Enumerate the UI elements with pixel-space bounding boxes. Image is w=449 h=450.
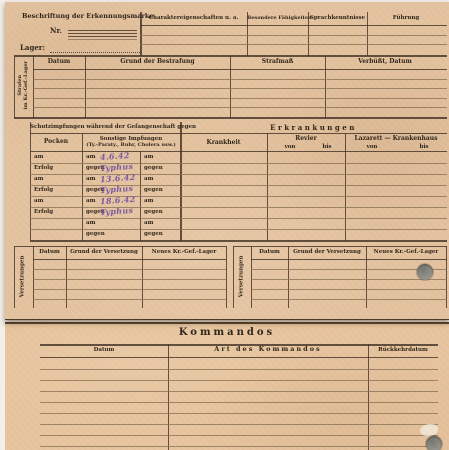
- impfungen-col-pocken: Pocken: [30, 139, 82, 146]
- traits-col-sprachkenntnisse: Sprachkenntnisse: [308, 15, 367, 21]
- rule-line: [33, 299, 226, 300]
- versetzungen-right-col-grund: Grund der Versetzung: [288, 249, 366, 255]
- rule-line: [40, 357, 438, 358]
- erkrankungen-col-lazarett: Lazarett — Krankenhaus: [345, 136, 447, 143]
- rule-line: [251, 299, 447, 300]
- strafen-col-datum: Datum: [33, 59, 85, 66]
- rule-line: [40, 413, 438, 414]
- rule-line: [40, 435, 438, 436]
- erkrankungen-col-krankheit: Krankheit: [182, 140, 265, 147]
- impfung-row-label: gegen: [144, 187, 170, 193]
- versetzungen-left-col-datum: Datum: [33, 249, 66, 255]
- rule-line: [40, 402, 438, 403]
- nr-label: Nr.: [48, 27, 64, 35]
- rule-line: [30, 218, 447, 219]
- lazarett-von-label: von: [362, 144, 382, 150]
- impfung-row-label: am: [144, 176, 170, 182]
- rule-line: [30, 151, 447, 152]
- rule-line: [33, 107, 447, 108]
- pocken-row-label: am: [34, 198, 64, 204]
- strafen-side-label: Strafen im Kr.-Gef.-Lager: [17, 50, 30, 120]
- rule-line: [180, 133, 447, 134]
- impfungen-col-sonstige-sub: (Ty.-Paraty., Ruhr, Cholera usw.): [82, 143, 180, 149]
- pocken-row-label: Erfolg: [34, 165, 64, 171]
- rule-line: [30, 196, 447, 197]
- pocken-row-label: Erfolg: [34, 187, 64, 193]
- rule-line: [68, 39, 137, 40]
- impfung-row-label: gegen: [144, 231, 170, 237]
- rule-line: [40, 391, 438, 392]
- lager-blank-line: [50, 45, 140, 53]
- rule-line: [14, 246, 226, 247]
- rule-line: [226, 246, 227, 308]
- rule-line: [30, 207, 447, 208]
- strafen-col-verbuesst: Verbüßt, Datum: [325, 59, 445, 66]
- rule-line: [30, 174, 447, 175]
- rule-line: [82, 133, 83, 241]
- rule-line: [68, 33, 137, 34]
- rule-line: [33, 69, 447, 70]
- scanned-pow-record-card: { "top_card": { "marke": { "title": "Bes…: [0, 0, 449, 450]
- kommandos-col-datum: Datum: [40, 347, 168, 353]
- impfung-row-label: am: [144, 154, 170, 160]
- rule-line: [14, 56, 15, 118]
- versetzungen-side-label-left: Versetzungen: [20, 246, 27, 306]
- hole-punch-top: [417, 264, 433, 280]
- rule-line: [40, 424, 438, 425]
- rule-line: [251, 259, 447, 260]
- rule-line: [40, 369, 438, 370]
- rule-line: [68, 36, 137, 37]
- impfung-row-label: gegen: [86, 231, 112, 237]
- impfung-row-label: am: [86, 220, 112, 226]
- rule-line: [140, 44, 447, 45]
- rule-line: [33, 98, 447, 99]
- rule-line: [33, 259, 226, 260]
- traits-col-besondere-faehigkeiten: Besondere Fähigkeiten: [247, 16, 308, 22]
- impfung-row-label: am: [144, 220, 170, 226]
- rule-line: [14, 246, 15, 308]
- versetzungen-right-col-datum: Datum: [251, 249, 288, 255]
- versetzungen-left-col-grund: Grund der Versetzung: [66, 249, 142, 255]
- revier-bis-label: bis: [317, 144, 337, 150]
- impfungen-title: Schutzimpfungen während der Gefangenscha…: [30, 124, 180, 130]
- rule-line: [30, 229, 447, 230]
- rule-line: [33, 279, 226, 280]
- strafen-col-strafmass: Strafmaß: [230, 59, 325, 66]
- pocken-row-label: am: [34, 154, 64, 160]
- impfung-handwritten-date: 4.6.42: [100, 150, 130, 162]
- lazarett-bis-label: bis: [414, 144, 434, 150]
- rule-line: [30, 185, 447, 186]
- impfung-row-label: gegen: [144, 209, 170, 215]
- erkrankungen-col-revier: Revier: [267, 136, 345, 143]
- strafen-side-label-line2: im Kr.-Gef.-Lager: [23, 50, 29, 120]
- rule-line: [251, 279, 447, 280]
- pocken-row-label: Erfolg: [34, 209, 64, 215]
- rule-line: [233, 246, 447, 247]
- rule-line: [233, 246, 234, 308]
- rule-line: [33, 269, 226, 270]
- rule-line: [30, 163, 447, 164]
- rule-line: [68, 30, 137, 31]
- rule-line: [30, 240, 447, 242]
- rule-line: [140, 25, 447, 26]
- rule-line: [33, 88, 447, 89]
- kommandos-col-art: Art des Kommandos: [168, 346, 368, 353]
- marke-title: Beschriftung der Erkennungsmarke: [22, 13, 142, 20]
- rule-line: [30, 133, 180, 134]
- versetzungen-right-col-neues-lager: Neues Kr.-Gef.-Lager: [366, 249, 446, 255]
- kommandos-title: Kommandos: [5, 327, 449, 339]
- rule-line: [267, 133, 268, 241]
- traits-col-charaktereigenschaften: Charaktereigenschaften u. a.: [141, 15, 246, 21]
- strafen-col-grund: Grund der Bestrafung: [85, 59, 230, 66]
- rule-line: [14, 117, 447, 119]
- rule-line: [40, 380, 438, 381]
- hole-punch-bottom: [426, 436, 442, 450]
- erkrankungen-title: Erkrankungen: [180, 124, 447, 132]
- rule-line: [40, 446, 438, 447]
- rule-line: [345, 133, 346, 241]
- bottom-card-paper: [5, 322, 449, 450]
- versetzungen-side-label-right: Versetzungen: [239, 246, 246, 306]
- impfung-row-label: am: [144, 198, 170, 204]
- rule-line: [33, 289, 226, 290]
- rule-line: [251, 289, 447, 290]
- impfung-row-label: gegen: [144, 165, 170, 171]
- pocken-row-label: am: [34, 176, 64, 182]
- traits-col-fuehrung: Führung: [367, 15, 445, 21]
- revier-von-label: von: [280, 144, 300, 150]
- rule-line: [33, 79, 447, 80]
- versetzungen-left-col-neues-lager: Neues Kr.-Gef.-Lager: [142, 249, 226, 255]
- kommandos-col-rueckkehrdatum: Rückkehrdatum: [368, 347, 438, 353]
- rule-line: [140, 35, 447, 36]
